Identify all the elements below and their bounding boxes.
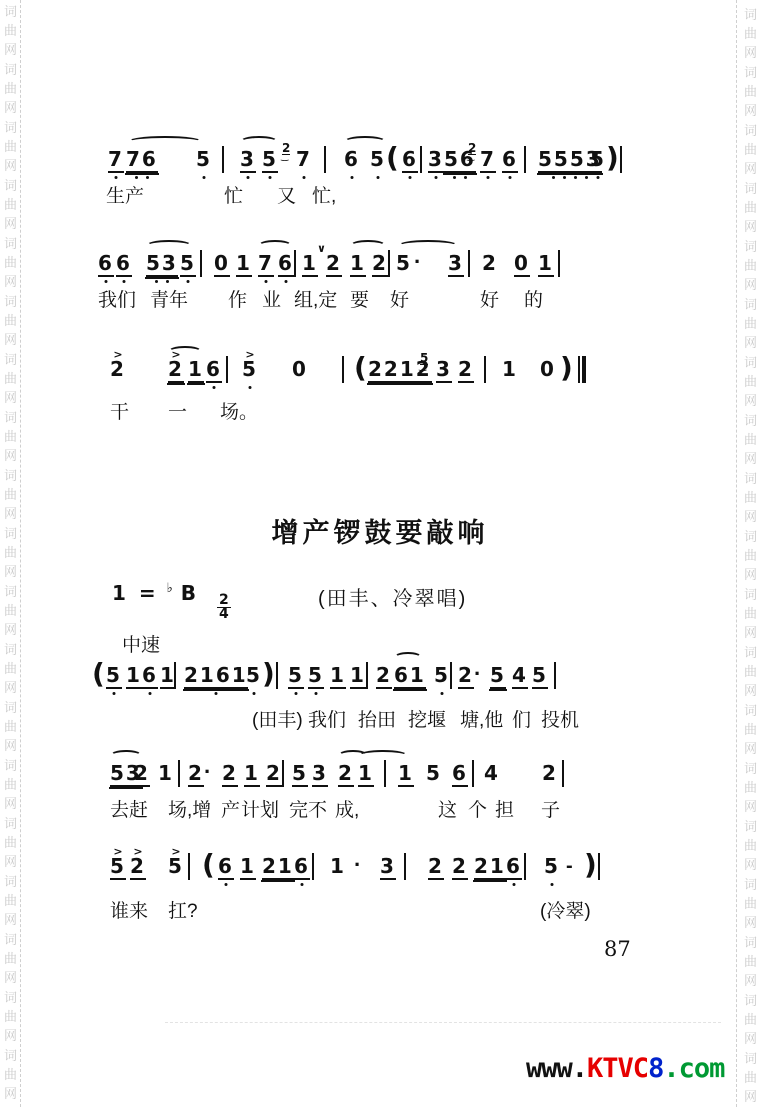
lyric-syllable: 抬田 <box>358 710 396 732</box>
slur-arc <box>398 240 458 251</box>
music-note: 2 <box>372 252 388 277</box>
side-watermark-char: 网 <box>744 278 757 292</box>
music-note: 2 <box>428 855 444 880</box>
octave-dots <box>550 883 553 886</box>
lyric-syllable: 担 <box>495 800 514 822</box>
music-note: 6 <box>402 148 418 173</box>
music-note: 3 <box>380 855 396 880</box>
side-watermark-char: 词 <box>744 414 757 428</box>
left-dashed-border <box>20 0 21 1107</box>
music-note: 2 <box>542 762 558 785</box>
side-watermark-char: 词 <box>4 353 17 367</box>
music-note: 1 <box>126 664 142 689</box>
lyric-syllable: 场,增 <box>168 800 211 822</box>
parenthesis: ) <box>606 144 619 172</box>
side-watermark-char: 曲 <box>4 314 17 328</box>
barline <box>562 760 564 787</box>
side-watermark-char: 词 <box>744 1052 757 1066</box>
music-note: 5 <box>292 762 308 787</box>
side-watermark-char: 曲 <box>4 720 17 734</box>
side-watermark-char: 词 <box>744 472 757 486</box>
music-note: 5 <box>396 252 412 275</box>
side-watermark-char: 词 <box>4 179 17 193</box>
music-note: 6 <box>206 358 222 383</box>
octave-dots <box>300 883 303 886</box>
music-note: 6 <box>344 148 360 171</box>
barline <box>384 760 386 787</box>
side-watermark-char: 网 <box>744 46 757 60</box>
parenthesis: ( <box>386 144 399 172</box>
octave-dots <box>440 692 443 695</box>
barline <box>276 662 278 689</box>
flat-icon: ♭ <box>167 581 173 596</box>
side-watermark-char: 词 <box>744 762 757 776</box>
side-watermark-char: 网 <box>744 974 757 988</box>
barline <box>324 146 326 173</box>
music-note: 2 <box>458 664 474 689</box>
watermark-eight: 8 <box>648 1053 663 1084</box>
side-watermark-char: 曲 <box>744 27 757 41</box>
lyric-syllable: 挖堰 <box>408 710 446 732</box>
barline <box>472 760 474 787</box>
tempo-marking: 中速 <box>122 630 160 657</box>
side-watermark-char: 曲 <box>4 1068 17 1082</box>
side-watermark-char: 网 <box>744 162 757 176</box>
side-watermark-char: 曲 <box>4 488 17 502</box>
music-note: 6 <box>116 252 132 277</box>
slur-arc <box>128 136 202 147</box>
music-note: 5> <box>242 358 258 381</box>
side-watermark-char: 曲 <box>4 372 17 386</box>
octave-dots <box>155 280 169 283</box>
music-note: 2 <box>134 762 150 787</box>
side-watermark-char: 词 <box>744 298 757 312</box>
music-note: 1 <box>358 762 374 787</box>
music-note: 2 <box>188 762 204 787</box>
side-watermark-char: 曲 <box>744 317 757 331</box>
accent-mark: > <box>113 343 122 366</box>
lyric-syllable: 作 <box>228 290 247 312</box>
octave-dots <box>268 176 271 179</box>
lyric-syllable: 完不 <box>289 800 327 822</box>
slur-arc <box>358 750 408 761</box>
right-dashed-border <box>736 0 737 1107</box>
side-watermark-char: 曲 <box>744 143 757 157</box>
barline <box>484 356 486 383</box>
side-watermark-char: 网 <box>4 101 17 115</box>
barline <box>188 853 190 880</box>
final-barline <box>578 356 586 383</box>
side-watermark-char: 曲 <box>4 604 17 618</box>
side-watermark-char: 曲 <box>4 952 17 966</box>
side-watermark-char: 网 <box>4 159 17 173</box>
music-note: 7 <box>108 148 124 173</box>
breath-mark: ∨ <box>317 237 328 260</box>
side-watermark-char: 词 <box>4 643 17 657</box>
slur-arc <box>240 136 278 147</box>
barline <box>366 662 368 689</box>
side-watermark-char: 网 <box>744 684 757 698</box>
music-note: 4 <box>484 762 500 785</box>
lyric-syllable: 又 <box>277 186 296 208</box>
lyric-syllable: 好 <box>390 290 409 312</box>
music-note: 6 <box>506 855 522 880</box>
music-note: 5 <box>106 664 122 689</box>
side-watermark-char: 网 <box>744 626 757 640</box>
octave-dots <box>104 280 107 283</box>
music-note: 1 <box>350 664 366 689</box>
rest-note: 0 <box>540 358 556 381</box>
side-watermark-char: 网 <box>4 623 17 637</box>
music-note: 5 <box>308 664 324 689</box>
music-note: 2 <box>338 762 354 787</box>
side-watermark-char: 曲 <box>744 375 757 389</box>
side-watermark-char: 网 <box>4 275 17 289</box>
side-watermark-char: 词 <box>744 124 757 138</box>
octave-dots <box>212 386 215 389</box>
side-watermark-char: 词 <box>744 994 757 1008</box>
lyric-syllable: 干 <box>110 402 129 424</box>
side-watermark-char: 网 <box>744 336 757 350</box>
lyric-syllable: 好 <box>480 290 499 312</box>
side-watermark-char: 曲 <box>4 778 17 792</box>
side-watermark-char: 词 <box>744 936 757 950</box>
music-note: 7 <box>480 148 496 173</box>
octave-dots <box>552 176 588 179</box>
side-watermark-char: 曲 <box>744 433 757 447</box>
music-note: 5 <box>288 664 304 689</box>
music-note: 76 <box>126 148 158 173</box>
side-watermark-char: 曲 <box>4 24 17 38</box>
barline <box>420 146 422 173</box>
side-watermark-char: 网 <box>4 333 17 347</box>
side-watermark-char: 曲 <box>744 1071 757 1085</box>
music-note: 5 <box>590 148 606 171</box>
page-number: 87 <box>604 937 631 961</box>
barline <box>226 356 228 383</box>
grace-note: 2‿ <box>468 142 476 155</box>
barline <box>178 760 180 787</box>
lyric-syllable: 我们 <box>98 290 136 312</box>
side-watermark-char: 网 <box>744 220 757 234</box>
music-note: 5 <box>532 664 548 689</box>
side-watermark-char: 网 <box>4 565 17 579</box>
side-watermark-char: 网 <box>744 742 757 756</box>
octave-dots <box>202 176 205 179</box>
side-watermark-char: 网 <box>744 394 757 408</box>
side-watermark-char: 网 <box>4 1087 17 1101</box>
music-note: 5 <box>544 855 560 878</box>
side-watermark-char: 网 <box>4 739 17 753</box>
music-note: 5 <box>434 664 450 687</box>
lyric-syllable: 这 <box>438 800 457 822</box>
side-watermark-char: 网 <box>4 913 17 927</box>
lyric-syllable: 我们 <box>308 710 346 732</box>
side-watermark-char: 网 <box>4 1029 17 1043</box>
octave-dots <box>302 176 305 179</box>
barline <box>342 356 344 383</box>
side-watermark-char: 曲 <box>744 607 757 621</box>
parenthesis: ( <box>92 660 105 688</box>
side-watermark-char: 词 <box>4 585 17 599</box>
music-note: 1 <box>538 252 554 277</box>
octave-dots <box>122 280 125 283</box>
lyric-syllable: 忙 <box>224 186 243 208</box>
side-watermark-char: 曲 <box>744 665 757 679</box>
lyric-syllable: 生产 <box>106 186 144 208</box>
time-signature-denominator: 4 <box>219 608 229 621</box>
music-note: · <box>414 252 421 272</box>
side-watermark-char: 曲 <box>744 897 757 911</box>
lyric-syllable: 计划 <box>241 800 279 822</box>
music-note: 2 <box>376 664 392 689</box>
side-watermark-char: 曲 <box>4 198 17 212</box>
side-watermark-char: 曲 <box>744 85 757 99</box>
music-note: 7 <box>258 252 274 277</box>
music-note: 3 <box>448 252 464 277</box>
music-note: 5 <box>262 148 278 173</box>
side-watermark-char: 词 <box>744 182 757 196</box>
side-watermark-char: 词 <box>744 646 757 660</box>
music-note: 5 <box>196 148 212 171</box>
slur-arc <box>146 240 192 251</box>
bottom-watermark: www.KTVC8.com <box>526 1053 724 1084</box>
side-watermark-char: 曲 <box>744 839 757 853</box>
octave-dots <box>224 883 227 886</box>
music-note: 5 <box>246 664 262 687</box>
side-watermark-char: 词 <box>4 237 17 251</box>
side-watermark-char: 曲 <box>744 1013 757 1027</box>
lyric-syllable: 谁来 <box>110 901 148 923</box>
lyric-syllable: 的 <box>524 290 543 312</box>
lyric-syllable: 一 <box>168 402 187 424</box>
barline <box>558 250 560 277</box>
parenthesis: ) <box>262 660 275 688</box>
accent-mark: > <box>171 840 180 863</box>
side-watermark-char: 网 <box>744 916 757 930</box>
rest-note: 0 <box>514 252 530 277</box>
slur-arc <box>168 346 202 357</box>
side-watermark-char: 曲 <box>744 201 757 215</box>
barline <box>174 662 176 689</box>
side-watermark-char: 网 <box>744 858 757 872</box>
side-watermark-char: 网 <box>4 217 17 231</box>
barline <box>620 146 622 173</box>
music-note: · <box>474 664 481 684</box>
octave-dots <box>508 176 511 179</box>
side-watermark-char: 曲 <box>4 836 17 850</box>
barline <box>468 250 470 277</box>
side-watermark-char: 词 <box>4 759 17 773</box>
music-note: 2> <box>110 358 126 381</box>
music-note: 2 <box>482 252 498 275</box>
music-note: · <box>354 855 361 875</box>
side-watermark-char: 网 <box>4 797 17 811</box>
lyric-syllable: (田丰) <box>252 710 303 732</box>
lyric-syllable: (冷翠) <box>540 901 591 923</box>
side-watermark-char: 曲 <box>744 955 757 969</box>
song-title: 增产锣鼓要敲响 <box>0 511 760 550</box>
side-watermark-char: 曲 <box>4 256 17 270</box>
grace-note: 5‿ <box>420 352 428 365</box>
octave-dots <box>186 280 189 283</box>
lyric-syllable: 场。 <box>220 402 258 424</box>
barline <box>524 853 526 880</box>
barline <box>200 250 202 277</box>
music-note: 3 <box>312 762 328 787</box>
music-note: 21 <box>262 855 294 880</box>
music-note: 3 <box>436 358 452 383</box>
side-watermark-char: 词 <box>4 411 17 425</box>
music-note: 1 <box>330 855 346 878</box>
music-note: 6 <box>452 762 468 787</box>
music-note: 21 <box>474 855 506 880</box>
music-note: 1 <box>302 252 318 277</box>
music-note: 3 <box>240 148 256 173</box>
grace-hook: ‿ <box>281 151 288 163</box>
side-watermark-char: 曲 <box>744 781 757 795</box>
music-note: 5> <box>168 855 184 878</box>
music-note: 2161 <box>184 664 248 689</box>
music-note: 2∨ <box>326 252 342 277</box>
music-note: 2 <box>458 358 474 383</box>
music-note: 1 <box>158 762 174 785</box>
rest-note: 0 <box>214 252 230 277</box>
side-watermark-char: 曲 <box>744 491 757 505</box>
music-note: 5 <box>490 664 506 689</box>
music-note: 6 <box>218 855 234 880</box>
music-note: 1 <box>236 252 252 277</box>
side-watermark-char: 曲 <box>4 662 17 676</box>
slur-arc <box>350 240 386 251</box>
barline <box>312 853 314 880</box>
slur-arc <box>394 652 422 663</box>
lyric-syllable: 们 <box>512 710 531 732</box>
side-watermark-char: 词 <box>744 8 757 22</box>
music-note: 2 <box>452 855 468 880</box>
octave-dots <box>252 692 255 695</box>
lyric-syllable: 子 <box>541 800 560 822</box>
key-note: B <box>181 581 196 605</box>
octave-dots <box>376 176 379 179</box>
barline <box>294 250 296 277</box>
key-equals: = <box>139 581 156 605</box>
side-watermark-char: 词 <box>744 588 757 602</box>
octave-dots <box>284 280 287 283</box>
side-watermark-char: 词 <box>4 933 17 947</box>
key-tonic: 1 <box>112 581 126 605</box>
octave-dots <box>596 176 599 179</box>
music-note: 1 <box>244 762 260 787</box>
octave-dots <box>314 692 317 695</box>
side-watermark-char: 网 <box>744 568 757 582</box>
side-watermark-char: 词 <box>4 817 17 831</box>
music-note: 1 <box>502 358 518 381</box>
slur-arc <box>110 750 142 761</box>
barline <box>598 853 600 880</box>
music-note: 1 <box>350 252 366 277</box>
octave-dots <box>434 176 437 179</box>
music-note: 6 <box>294 855 310 880</box>
side-watermark-char: 词 <box>4 875 17 889</box>
side-watermark-char: 曲 <box>744 259 757 273</box>
side-watermark-char: 网 <box>744 104 757 118</box>
octave-dots <box>294 692 297 695</box>
side-watermark-char: 词 <box>4 295 17 309</box>
music-note: 6 <box>502 148 518 173</box>
music-note: 5 <box>370 148 386 171</box>
side-watermark-char: 词 <box>4 121 17 135</box>
barline <box>282 760 284 787</box>
side-watermark-char: 网 <box>744 800 757 814</box>
accent-mark: > <box>133 840 142 863</box>
side-watermark-char: 曲 <box>744 723 757 737</box>
parenthesis: ( <box>354 354 367 382</box>
lyric-syllable: 个 <box>468 800 487 822</box>
side-watermark-char: 词 <box>744 820 757 834</box>
side-watermark-char: 词 <box>744 66 757 80</box>
music-note: 6 <box>142 664 158 689</box>
grace-hook: ‿ <box>419 361 426 373</box>
music-note: 7 <box>296 148 312 171</box>
octave-dots <box>453 176 467 179</box>
lyric-syllable: 青年 <box>150 290 188 312</box>
barline <box>554 662 556 689</box>
music-note: 5> <box>110 855 126 880</box>
music-note: 3 <box>428 148 444 173</box>
music-note: 2> <box>168 358 184 383</box>
octave-dots <box>408 176 411 179</box>
side-watermark-char: 网 <box>4 391 17 405</box>
accent-mark: > <box>113 840 122 863</box>
side-watermark-char: 词 <box>744 878 757 892</box>
side-watermark-char: 词 <box>4 1049 17 1063</box>
music-note: 5 <box>426 762 442 785</box>
octave-dots <box>512 883 515 886</box>
lyric-syllable: 要 <box>350 290 369 312</box>
watermark-www: www. <box>526 1053 587 1084</box>
side-watermark-char: 曲 <box>4 140 17 154</box>
grace-note: 2‿ <box>282 142 290 155</box>
barline <box>524 146 526 173</box>
octave-dots <box>114 176 117 179</box>
side-watermark-char: 词 <box>744 240 757 254</box>
time-signature: 2 4 <box>217 594 231 621</box>
side-watermark-char: 网 <box>4 43 17 57</box>
side-watermark-char: 词 <box>744 704 757 718</box>
octave-dots <box>264 280 267 283</box>
side-watermark-char: 网 <box>4 449 17 463</box>
lyric-syllable: 塘,他 <box>460 710 503 732</box>
side-watermark-char: 网 <box>4 971 17 985</box>
barline <box>222 146 224 173</box>
barline <box>450 662 452 689</box>
octave-dots <box>248 386 251 389</box>
music-note: 1 <box>188 358 204 383</box>
octave-dots <box>112 692 115 695</box>
side-watermark-char: 曲 <box>4 1010 17 1024</box>
barline <box>404 853 406 880</box>
music-note: 53 <box>146 252 178 277</box>
side-watermark-char: 词 <box>4 991 17 1005</box>
music-note: 1 <box>398 762 414 787</box>
side-watermark-char: 曲 <box>4 894 17 908</box>
slur-arc <box>344 136 386 147</box>
octave-dots <box>350 176 353 179</box>
octave-dots <box>486 176 489 179</box>
side-watermark-char: 网 <box>744 1032 757 1046</box>
octave-dots <box>135 176 149 179</box>
